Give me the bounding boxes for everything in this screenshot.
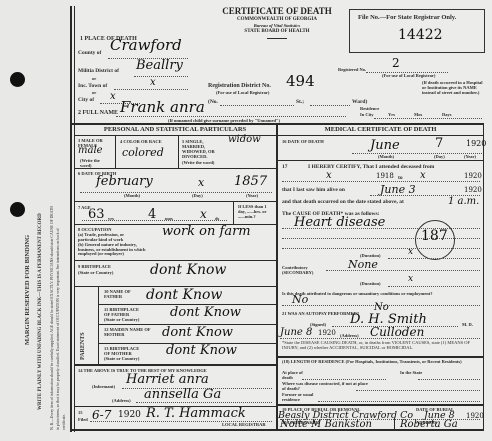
md-label: M. D. bbox=[462, 322, 473, 327]
birth-year-value: 1857 bbox=[234, 174, 267, 189]
informant-label: (Informant) bbox=[92, 384, 115, 389]
in-city-label: In City bbox=[360, 112, 374, 117]
duration2-value: x bbox=[408, 274, 413, 284]
file-number-box: File No.—For State Registrar Only. 14422 bbox=[349, 9, 485, 53]
father-birthplace-sub: (State or Country) bbox=[104, 317, 139, 322]
street-no-label: (No. bbox=[208, 99, 218, 105]
occupation-a-label: (a) Trade, profession, or particular kin… bbox=[78, 233, 140, 242]
informant-address-value: annsella Ga bbox=[144, 387, 221, 402]
registered-no-label: Registered No. bbox=[338, 67, 366, 72]
ward-label: Ward) bbox=[352, 99, 367, 105]
county-label: County of bbox=[78, 50, 101, 56]
registration-district-value: 494 bbox=[286, 72, 315, 90]
classification-code: 187 bbox=[421, 228, 448, 244]
filed-label: Filed bbox=[78, 417, 88, 422]
town-label: Inc. Town of bbox=[78, 83, 107, 89]
or-label: or bbox=[92, 90, 96, 95]
signed-address-value: Culloden bbox=[370, 325, 424, 339]
city-value: x bbox=[110, 91, 116, 102]
file-number-value: 14422 bbox=[398, 27, 443, 43]
margin-binding-note: MARGIN RESERVED FOR BINDING bbox=[24, 235, 31, 345]
duration-value: x bbox=[408, 247, 413, 257]
town-value: x bbox=[150, 77, 156, 88]
mother-name-value: dont Know bbox=[162, 325, 233, 340]
certificate-subtitle-2: Bureau of Vital Statistics bbox=[212, 23, 342, 28]
certificate-title: CERTIFICATE OF DEATH bbox=[212, 6, 342, 16]
duration2-label: (Duration) bbox=[360, 281, 381, 286]
registration-district-sub: (For use of Local Registrar) bbox=[216, 90, 269, 95]
undertaker-address-value: Roberta Ga bbox=[400, 419, 458, 430]
residence-yrs-label: Yrs bbox=[388, 112, 395, 117]
mother-birthplace-value: dont Know bbox=[166, 343, 237, 358]
certificate-form: CERTIFICATE OF DEATH COMMONWEALTH OF GEO… bbox=[70, 6, 486, 432]
death-occurred-text: and that death occurred on the date stat… bbox=[282, 199, 404, 205]
birth-day-value: x bbox=[198, 176, 204, 189]
last-saw-label: that I last saw him alive on bbox=[282, 187, 345, 193]
last-saw-year: 1920 bbox=[464, 186, 482, 194]
medical-section-title: MEDICAL CERTIFICATE OF DEATH bbox=[278, 126, 483, 133]
file-number-label: File No.—For State Registrar Only. bbox=[358, 14, 456, 21]
less-than-day-note: If LESS than 1 day, ......hrs. or ......… bbox=[238, 204, 274, 219]
informant-value: Harriet anra bbox=[126, 372, 209, 387]
birth-day-sub: (Day) bbox=[192, 193, 203, 198]
certificate-subtitle-3: STATE BOARD OF HEALTH bbox=[212, 29, 342, 34]
father-birthplace-label: 11 BIRTHPLACE OF FATHER bbox=[104, 307, 144, 317]
attended-from-value: x bbox=[326, 170, 332, 181]
marital-value: widow bbox=[228, 134, 261, 145]
margin-instructions-1: N. B.—Every item of information should b… bbox=[50, 206, 54, 430]
filed-date-value: 6-7 bbox=[92, 408, 111, 422]
margin-ink-note: WRITE PLAINLY WITH UNFADING BLACK INK—TH… bbox=[38, 213, 43, 410]
full-name-value: Frank anra bbox=[120, 98, 205, 116]
mother-birthplace-sub: (State or Country) bbox=[104, 356, 139, 361]
filed-year-value: 1920 bbox=[118, 410, 141, 420]
registered-no-sub: (For use of Local Registrar) bbox=[382, 73, 435, 78]
birthplace-value: dont Know bbox=[150, 262, 226, 278]
certify-number: 17 bbox=[282, 164, 288, 170]
signed-date-value: June 8 bbox=[280, 327, 312, 338]
street-label: St.; bbox=[296, 99, 304, 105]
father-birthplace-value: dont Know bbox=[170, 305, 241, 320]
sex-value: male bbox=[78, 145, 103, 156]
contributory-label: Contributory (SECONDARY) bbox=[282, 265, 332, 275]
death-date-label: 16 DATE OF DEATH bbox=[282, 139, 324, 144]
margin-instructions-2: in plain terms, so that it may be proper… bbox=[56, 228, 60, 430]
residence-days-label: Days bbox=[442, 112, 452, 117]
attended-to-year: 1920 bbox=[464, 172, 482, 180]
color-label: 4 COLOR OR RACE bbox=[120, 139, 162, 144]
signed-year-value: 1920 bbox=[318, 329, 336, 337]
color-value: colored bbox=[122, 146, 164, 159]
occupation-value: work on farm bbox=[162, 224, 251, 239]
attended-to-value: x bbox=[420, 170, 426, 181]
attended-from-year: 1918 bbox=[376, 172, 394, 180]
full-name-label: 2 FULL NAME bbox=[78, 110, 118, 116]
in-state-label: In the State bbox=[400, 370, 424, 375]
registered-no-value: 2 bbox=[392, 56, 400, 70]
death-month-sub: (Month) bbox=[378, 154, 394, 159]
age-days-value: x bbox=[200, 207, 207, 221]
birth-month-sub: (Month) bbox=[124, 193, 140, 198]
signed-label: (Signed) bbox=[310, 322, 326, 327]
birth-month-value: february bbox=[96, 174, 153, 189]
birthplace-label: 9 BIRTHPLACE bbox=[78, 264, 111, 269]
undertaker-value: Nolte M Bankston bbox=[280, 419, 372, 430]
mother-name-label: 12 MAIDEN NAME OF MOTHER bbox=[104, 327, 154, 337]
father-name-value: dont Know bbox=[146, 287, 222, 303]
militia-district-label: Militia District of bbox=[78, 68, 119, 74]
informant-address-label: (Address) bbox=[112, 398, 131, 403]
binding-margin: MARGIN RESERVED FOR BINDING WRITE PLAINL… bbox=[0, 0, 70, 441]
local-registrar-label: LOCAL REGISTRAR bbox=[222, 422, 266, 427]
birth-year-sub: (Year) bbox=[246, 193, 258, 198]
occupation-b-label: (b) General nature of industry, business… bbox=[78, 243, 150, 257]
hospital-note: (If death occurred in a Hospital or Inst… bbox=[422, 80, 484, 95]
death-time-value: 1 a.m. bbox=[448, 196, 479, 207]
filed-number: 15 bbox=[78, 410, 83, 415]
death-day-sub: (Day) bbox=[434, 154, 445, 159]
registrar-signature: R. T. Hammack bbox=[146, 406, 246, 421]
residence-label: Residence bbox=[360, 106, 379, 111]
residence-length-heading: (18) LENGTH OF RESIDENCE (For Hospitals,… bbox=[282, 359, 480, 364]
sex-sub: (Write the word) bbox=[80, 158, 110, 168]
personal-section-title: PERSONAL AND STATISTICAL PARTICULARS bbox=[75, 126, 275, 133]
death-day-value: 7 bbox=[435, 136, 443, 151]
marital-sub: (Write the word) bbox=[182, 160, 214, 165]
birthplace-sub: (State or Country) bbox=[78, 270, 113, 275]
autopsy-label: 21 WAS AN AUTOPSY PERFORMED? bbox=[282, 311, 359, 316]
death-certificate-page: MARGIN RESERVED FOR BINDING WRITE PLAINL… bbox=[0, 0, 492, 441]
death-month-value: June bbox=[370, 138, 400, 153]
death-year-sub: (Year) bbox=[464, 154, 476, 159]
father-name-label: 10 NAME OF FATHER bbox=[104, 289, 134, 299]
registration-district-label: Registration District No. bbox=[208, 83, 271, 89]
punch-hole bbox=[10, 202, 25, 217]
city-label: City of bbox=[78, 97, 94, 103]
parents-label: PARENTS bbox=[80, 332, 86, 360]
margin-instructions-3: certificate. bbox=[62, 414, 66, 430]
mother-birthplace-label: 13 BIRTHPLACE OF MOTHER bbox=[104, 346, 144, 356]
marital-label: 5 SINGLE, MARRIED, WIDOWED, OR DIVORCED. bbox=[182, 139, 224, 159]
county-value: Crawford bbox=[110, 36, 182, 54]
or-label: or bbox=[92, 76, 96, 81]
punch-hole bbox=[10, 72, 25, 87]
former-residence-label: Former or usual residence bbox=[282, 392, 322, 402]
certificate-subtitle-1: COMMONWEALTH OF GEORGIA bbox=[212, 17, 342, 22]
cause-footnote: *State the DISEASE CAUSING DEATH, or, in… bbox=[282, 340, 480, 350]
militia-district-value: Beallry bbox=[136, 58, 183, 73]
residence-mos-label: Mos bbox=[414, 112, 422, 117]
death-year-value: 1920 bbox=[466, 139, 486, 148]
